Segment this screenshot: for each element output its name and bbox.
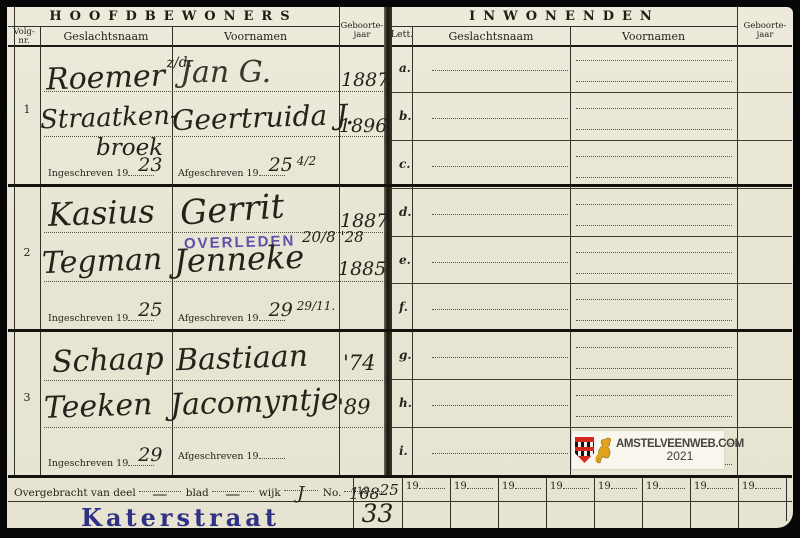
firstnames-writing-line — [576, 60, 732, 61]
surname-handwriting: Teeken — [43, 387, 153, 426]
scanned-register-photo: HOOFDBEWONERS INWONENDEN Volg-nr. Geslac… — [0, 0, 800, 538]
surname-handwriting: Straatken- — [40, 101, 180, 136]
ingeschreven-field: Ingeschreven 1923 — [48, 159, 162, 181]
afgeschreven-year: 25 — [269, 154, 293, 176]
year-prefix: 19 — [454, 481, 467, 492]
firstnames-writing-line — [576, 108, 732, 109]
inwonenden-row-a: a. — [392, 45, 792, 93]
firstnames-writing-line — [576, 129, 732, 130]
firstnames-writing-line — [576, 273, 732, 274]
afgeschreven-label: Afgeschreven 19 — [178, 168, 259, 179]
dotted-blank — [467, 480, 493, 489]
shield-checky-bar — [575, 451, 594, 456]
street-row: Katerstraat 33 — [8, 501, 792, 528]
inwonenden-rows: a. b. c. d. e. — [392, 45, 792, 475]
inwonenden-row-c: c. — [392, 141, 792, 189]
ingeschreven-year: 25 — [138, 299, 162, 321]
inwonenden-row-h: h. — [392, 380, 792, 428]
firstnames-writing-line — [576, 156, 732, 157]
overleden-date-handwriting: 20/8 '28 — [302, 228, 364, 246]
afgeschreven-field: Afgeschreven 19254/2 — [178, 159, 316, 181]
watermark-site: AMSTELVEENWEB.COM — [616, 438, 744, 450]
inwonenden-row-d: d. — [392, 189, 792, 237]
firstnames-writing-line — [576, 225, 732, 226]
bottom-cell-rule — [786, 477, 787, 521]
afgeschreven-date: 4/2 — [297, 154, 316, 168]
bottom-cell-rule — [402, 477, 403, 528]
blad-label: blad — [186, 487, 209, 499]
firstnames-handwriting: Bastiaan — [175, 339, 308, 379]
blad-blank: — — [212, 481, 254, 492]
row-letter: f. — [399, 300, 408, 314]
surname-handwriting: Kasius — [47, 192, 155, 234]
column-header-firstnames-right: Voornamen — [570, 30, 737, 43]
firstnames-writing-line — [576, 320, 732, 321]
shield-checky-bar — [575, 442, 594, 447]
bottom-cell-rule — [642, 477, 643, 528]
afgeschreven-label: Afgeschreven 19 — [178, 313, 259, 324]
year-cell: 19 — [550, 480, 589, 492]
row-letter: b. — [399, 109, 412, 123]
birthyear-handwriting: '74 — [343, 351, 376, 375]
row-letter: g. — [399, 348, 412, 362]
writing-line — [44, 281, 385, 282]
ingeschreven-field: Ingeschreven 1925 — [48, 304, 162, 326]
afgeschreven-field: Afgeschreven 19 — [178, 449, 273, 462]
firstnames-writing-line — [576, 368, 732, 369]
year-prefix: 19 — [502, 481, 515, 492]
dotted-blank — [419, 480, 445, 489]
inwonenden-row-g: g. — [392, 332, 792, 380]
row-letter: d. — [399, 205, 412, 219]
firstnames-writing-line — [576, 177, 732, 178]
column-header-birthyear-right: Geboorte-jaar — [739, 22, 791, 41]
house-number-handwriting: 33 — [353, 499, 402, 528]
hoofdbewoners-rows: 1 Roemerz/d. Jan G. 1887 Straatken- broe… — [8, 45, 385, 475]
rule-under-right-title — [392, 26, 737, 27]
afgeschreven-year: 29 — [269, 299, 293, 321]
bottom-cell-rule — [546, 477, 547, 528]
year-cell: 19 — [454, 480, 493, 492]
bottom-cell-rule — [690, 477, 691, 528]
birthyear-handwriting: 1885 — [338, 258, 386, 280]
dotted-blank — [755, 480, 781, 489]
afgeschreven-field: Afgeschreven 192929/11. — [178, 304, 335, 326]
column-header-lett: Lett. — [390, 29, 414, 40]
year-cell: 19 — [598, 480, 637, 492]
year-cell: 19 — [694, 480, 733, 492]
resident-entry-1: 1 Roemerz/d. Jan G. 1887 Straatken- broe… — [8, 45, 385, 184]
year-prefix: 19 — [646, 481, 659, 492]
firstnames-handwriting: Jenneke — [173, 238, 304, 281]
entry-number: 2 — [14, 246, 40, 259]
column-header-firstnames-left: Voornamen — [172, 30, 339, 43]
firstnames-writing-line — [576, 252, 732, 253]
firstnames-writing-line — [576, 347, 732, 348]
surname-writing-line — [432, 166, 568, 167]
afgeschreven-label: Afgeschreven 19 — [178, 451, 259, 462]
column-header-surname-right: Geslachtsnaam — [412, 30, 570, 43]
row-letter: i. — [399, 444, 408, 458]
year-cell: 19 — [742, 480, 781, 492]
bottom-cell-rule — [594, 477, 595, 528]
transfer-fields: Overgebracht van deel — blad — wijk J No… — [14, 480, 389, 499]
surname-text: Roemer — [45, 58, 165, 97]
dotted-blank — [611, 480, 637, 489]
firstnames-writing-line — [576, 204, 732, 205]
street-name-stamp: Katerstraat — [8, 503, 353, 532]
row-letter: h. — [399, 396, 412, 410]
column-header-volgnr: Volg-nr. — [8, 26, 40, 47]
surname-writing-line — [432, 118, 568, 119]
watermark-text: AMSTELVEENWEB.COM 2021 — [616, 438, 744, 463]
dotted-blank — [259, 449, 285, 459]
writing-line — [44, 427, 385, 428]
firstnames-writing-line — [576, 299, 732, 300]
ingeschreven-label: Ingeschreven 19 — [48, 313, 128, 324]
row-letter: c. — [399, 157, 410, 171]
birthyear-handwriting: 1887 — [341, 69, 389, 91]
column-header-surname-left: Geslachtsnaam — [40, 30, 172, 43]
surname-handwriting: Roemerz/d. — [45, 54, 193, 97]
year-prefix: 19 — [550, 481, 563, 492]
ingeschreven-label: Ingeschreven 19 — [48, 458, 128, 469]
ingeschreven-year: 23 — [138, 154, 162, 176]
entry-number: 3 — [14, 391, 40, 404]
year-prefix: 19 — [598, 481, 611, 492]
column-header-birthyear-left: Geboorte-jaar — [340, 22, 384, 41]
firstnames-handwriting: Geertruida J. — [171, 98, 354, 137]
wijk-blank: J — [284, 480, 318, 491]
deel-blank: — — [139, 481, 181, 492]
rule-under-left-title — [8, 26, 339, 27]
year-cell: 19 — [406, 480, 445, 492]
bottom-cell-rule — [353, 477, 354, 528]
entry-number: 1 — [14, 103, 40, 116]
dotted-blank — [370, 485, 380, 494]
resident-entry-2: 2 Kasius Gerrit 1887 OVERLEDEN 20/8 '28 … — [8, 184, 385, 329]
year-prefix: 19 — [742, 481, 755, 492]
group-separator — [8, 184, 792, 187]
surname-writing-line — [432, 453, 568, 454]
row-letter: e. — [399, 253, 411, 267]
watermark-label: AMSTELVEENWEB.COM 2021 — [572, 431, 724, 469]
group-separator — [8, 329, 792, 332]
bottom-cell-rule — [450, 477, 451, 528]
firstnames-handwriting: Gerrit — [179, 186, 286, 233]
no-label: No. — [323, 487, 342, 499]
inwonenden-row-f: f. — [392, 284, 792, 332]
inwonenden-row-b: b. — [392, 93, 792, 141]
inwonenden-row-e: e. — [392, 237, 792, 285]
surname-writing-line — [432, 405, 568, 406]
firstnames-writing-line — [576, 81, 732, 82]
dotted-blank — [707, 480, 733, 489]
ingeschreven-year: 29 — [138, 444, 162, 466]
bottom-cell-rule — [498, 477, 499, 528]
surname-handwriting: Schaap — [51, 341, 164, 380]
transfer-row: Overgebracht van deel — blad — wijk J No… — [8, 477, 792, 501]
surname-handwriting: Tegman — [41, 242, 162, 281]
transfer-label: Overgebracht van deel — [14, 487, 136, 499]
dotted-blank — [563, 480, 589, 489]
birthyear-handwriting: 1896 — [339, 115, 387, 137]
year-cell: 19 — [646, 480, 685, 492]
surname-writing-line — [432, 357, 568, 358]
dotted-blank — [659, 480, 685, 489]
year-prefix: 19 — [357, 486, 370, 497]
watermark-year: 2021 — [616, 450, 744, 463]
lion-icon — [592, 436, 614, 464]
firstnames-handwriting: Jan G. — [180, 55, 271, 90]
firstnames-writing-line — [576, 395, 732, 396]
ingeschreven-field: Ingeschreven 1929 — [48, 449, 162, 471]
wijk-label: wijk — [259, 487, 281, 499]
writing-line — [44, 380, 385, 381]
left-page-title: HOOFDBEWONERS — [8, 9, 339, 24]
row-letter: a. — [399, 61, 411, 75]
resident-entry-3: 3 Schaap Bastiaan '74 Teeken Jacomyntje … — [8, 329, 385, 475]
year-cell-filled: 1925 — [357, 480, 402, 498]
firstnames-writing-line — [576, 416, 732, 417]
surname-writing-line — [432, 70, 568, 71]
ingeschreven-label: Ingeschreven 19 — [48, 168, 128, 179]
birthyear-handwriting: '89 — [338, 395, 371, 419]
dotted-blank — [515, 480, 541, 489]
surname-writing-line — [432, 214, 568, 215]
year-cell: 19 — [502, 480, 541, 492]
year-prefix: 19 — [406, 481, 419, 492]
surname-writing-line — [432, 262, 568, 263]
firstnames-handwriting: Jacomyntje — [169, 382, 339, 423]
afgeschreven-date: 29/11. — [297, 299, 335, 313]
bottom-cell-rule — [738, 477, 739, 528]
right-page-title: INWONENDEN — [392, 9, 737, 24]
year-value: 25 — [380, 481, 399, 499]
surname-writing-line — [432, 309, 568, 310]
year-prefix: 19 — [694, 481, 707, 492]
